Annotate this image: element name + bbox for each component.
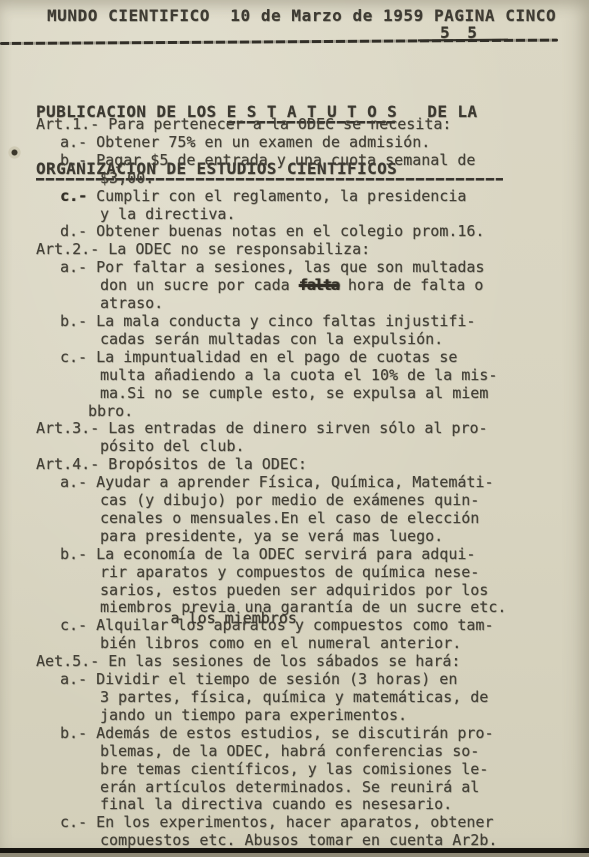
doc-line: rir aparatos y compuestos de química nes… bbox=[100, 564, 589, 582]
doc-line: atraso. bbox=[100, 295, 589, 313]
doc-line: c.- En los experimentos, hacer aparatos,… bbox=[60, 814, 589, 832]
doc-segment: Cumplir con el reglamento, la presidenci… bbox=[87, 187, 466, 205]
doc-line: final la directiva cuando es nesesario. bbox=[100, 796, 589, 814]
doc-line: c.- La impuntualidad en el pago de cuota… bbox=[60, 349, 589, 367]
doc-segment: c.- Alquilar bbox=[60, 616, 168, 634]
doc-line: don un sucre por cada falta hora de falt… bbox=[100, 277, 589, 295]
doc-line: Aet.5.- En las sesiones de los sábados s… bbox=[36, 653, 589, 671]
doc-line: ma.Si no se cumple esto, se expulsa al m… bbox=[100, 385, 589, 403]
doc-line: y la directiva. bbox=[100, 206, 589, 224]
punch-hole bbox=[8, 146, 21, 159]
typed-insertion-above: a los miembros bbox=[170, 610, 296, 628]
doc-line: bre temas científicos, y las comisiones … bbox=[100, 761, 589, 779]
doc-line: Art.4.- Bropósitos de la ODEC: bbox=[36, 456, 589, 474]
doc-line: a.- Dividir el tiempo de sesión (3 horas… bbox=[60, 671, 589, 689]
doc-segment: y compuestos como tam- bbox=[295, 616, 494, 634]
doc-line: jando un tiempo para experimentos. bbox=[100, 707, 589, 725]
doc-line: multa añadiendo a la cuota el 10% de la … bbox=[100, 367, 589, 385]
doc-line: bbro. bbox=[88, 403, 589, 421]
doc-segment-strike: falta bbox=[299, 276, 339, 294]
doc-line: b.- Pagar $5 de entrada y una cuota sema… bbox=[60, 152, 589, 170]
scan-edge-strip bbox=[0, 853, 589, 857]
doc-line: b.- Además de estos estudios, se discuti… bbox=[60, 725, 589, 743]
doc-line: b.- La mala conducta y cinco faltas inju… bbox=[60, 313, 589, 331]
doc-segment-heavy: c.- bbox=[60, 187, 87, 205]
doc-line: cenales o mensuales.En el caso de elecci… bbox=[100, 510, 589, 528]
doc-line: d.- Obtener buenas notas en el colegio p… bbox=[60, 223, 589, 241]
document-page: MUNDO CIENTIFICO 10 de Marzo de 1959 PAG… bbox=[0, 0, 589, 857]
doc-line: c.- Cumplir con el reglamento, la presid… bbox=[60, 188, 589, 206]
header-rule bbox=[0, 39, 558, 45]
doc-segment: hora de falta o bbox=[339, 276, 484, 294]
document-body: Art.1.- Para pertenecer a la ODEC se nec… bbox=[0, 116, 589, 850]
doc-line: a.- Por faltar a sesiones, las que son m… bbox=[60, 259, 589, 277]
doc-line: pósito del club. bbox=[100, 438, 589, 456]
doc-line: cas (y dibujo) por medio de exámenes qui… bbox=[100, 492, 589, 510]
doc-line: cadas serán multadas con la expulsión. bbox=[100, 331, 589, 349]
doc-line: b.- La economía de la ODEC servirá para … bbox=[60, 546, 589, 564]
doc-line: Art.3.- Las entradas de dinero sirven só… bbox=[36, 420, 589, 438]
doc-line: $3,00. bbox=[100, 170, 589, 188]
doc-line: a.- Ayudar a aprender Física, Química, M… bbox=[60, 474, 589, 492]
doc-line: 3 partes, física, química y matemáticas,… bbox=[100, 689, 589, 707]
doc-line: para presidente, ya se verá mas luego. bbox=[100, 528, 589, 546]
doc-line: blemas, de la ODEC, habrá conferencias s… bbox=[100, 743, 589, 761]
doc-segment: don un sucre por cada bbox=[100, 276, 299, 294]
doc-line: a.- Obtener 75% en un examen de admisión… bbox=[60, 134, 589, 152]
doc-segment-overtype: los aparatos a los miembros bbox=[168, 617, 294, 635]
doc-line: erán artículos determinados. Se reunirá … bbox=[100, 779, 589, 797]
doc-line: sarios, estos pueden ser adquiridos por … bbox=[100, 582, 589, 600]
doc-line: c.- Alquilar los aparatos a los miembros… bbox=[60, 617, 589, 635]
doc-line: bién libros como en el numeral anterior. bbox=[100, 635, 589, 653]
doc-line: Art.1.- Para pertenecer a la ODEC se nec… bbox=[36, 116, 589, 134]
doc-line: Art.2.- La ODEC no se responsabiliza: bbox=[36, 241, 589, 259]
